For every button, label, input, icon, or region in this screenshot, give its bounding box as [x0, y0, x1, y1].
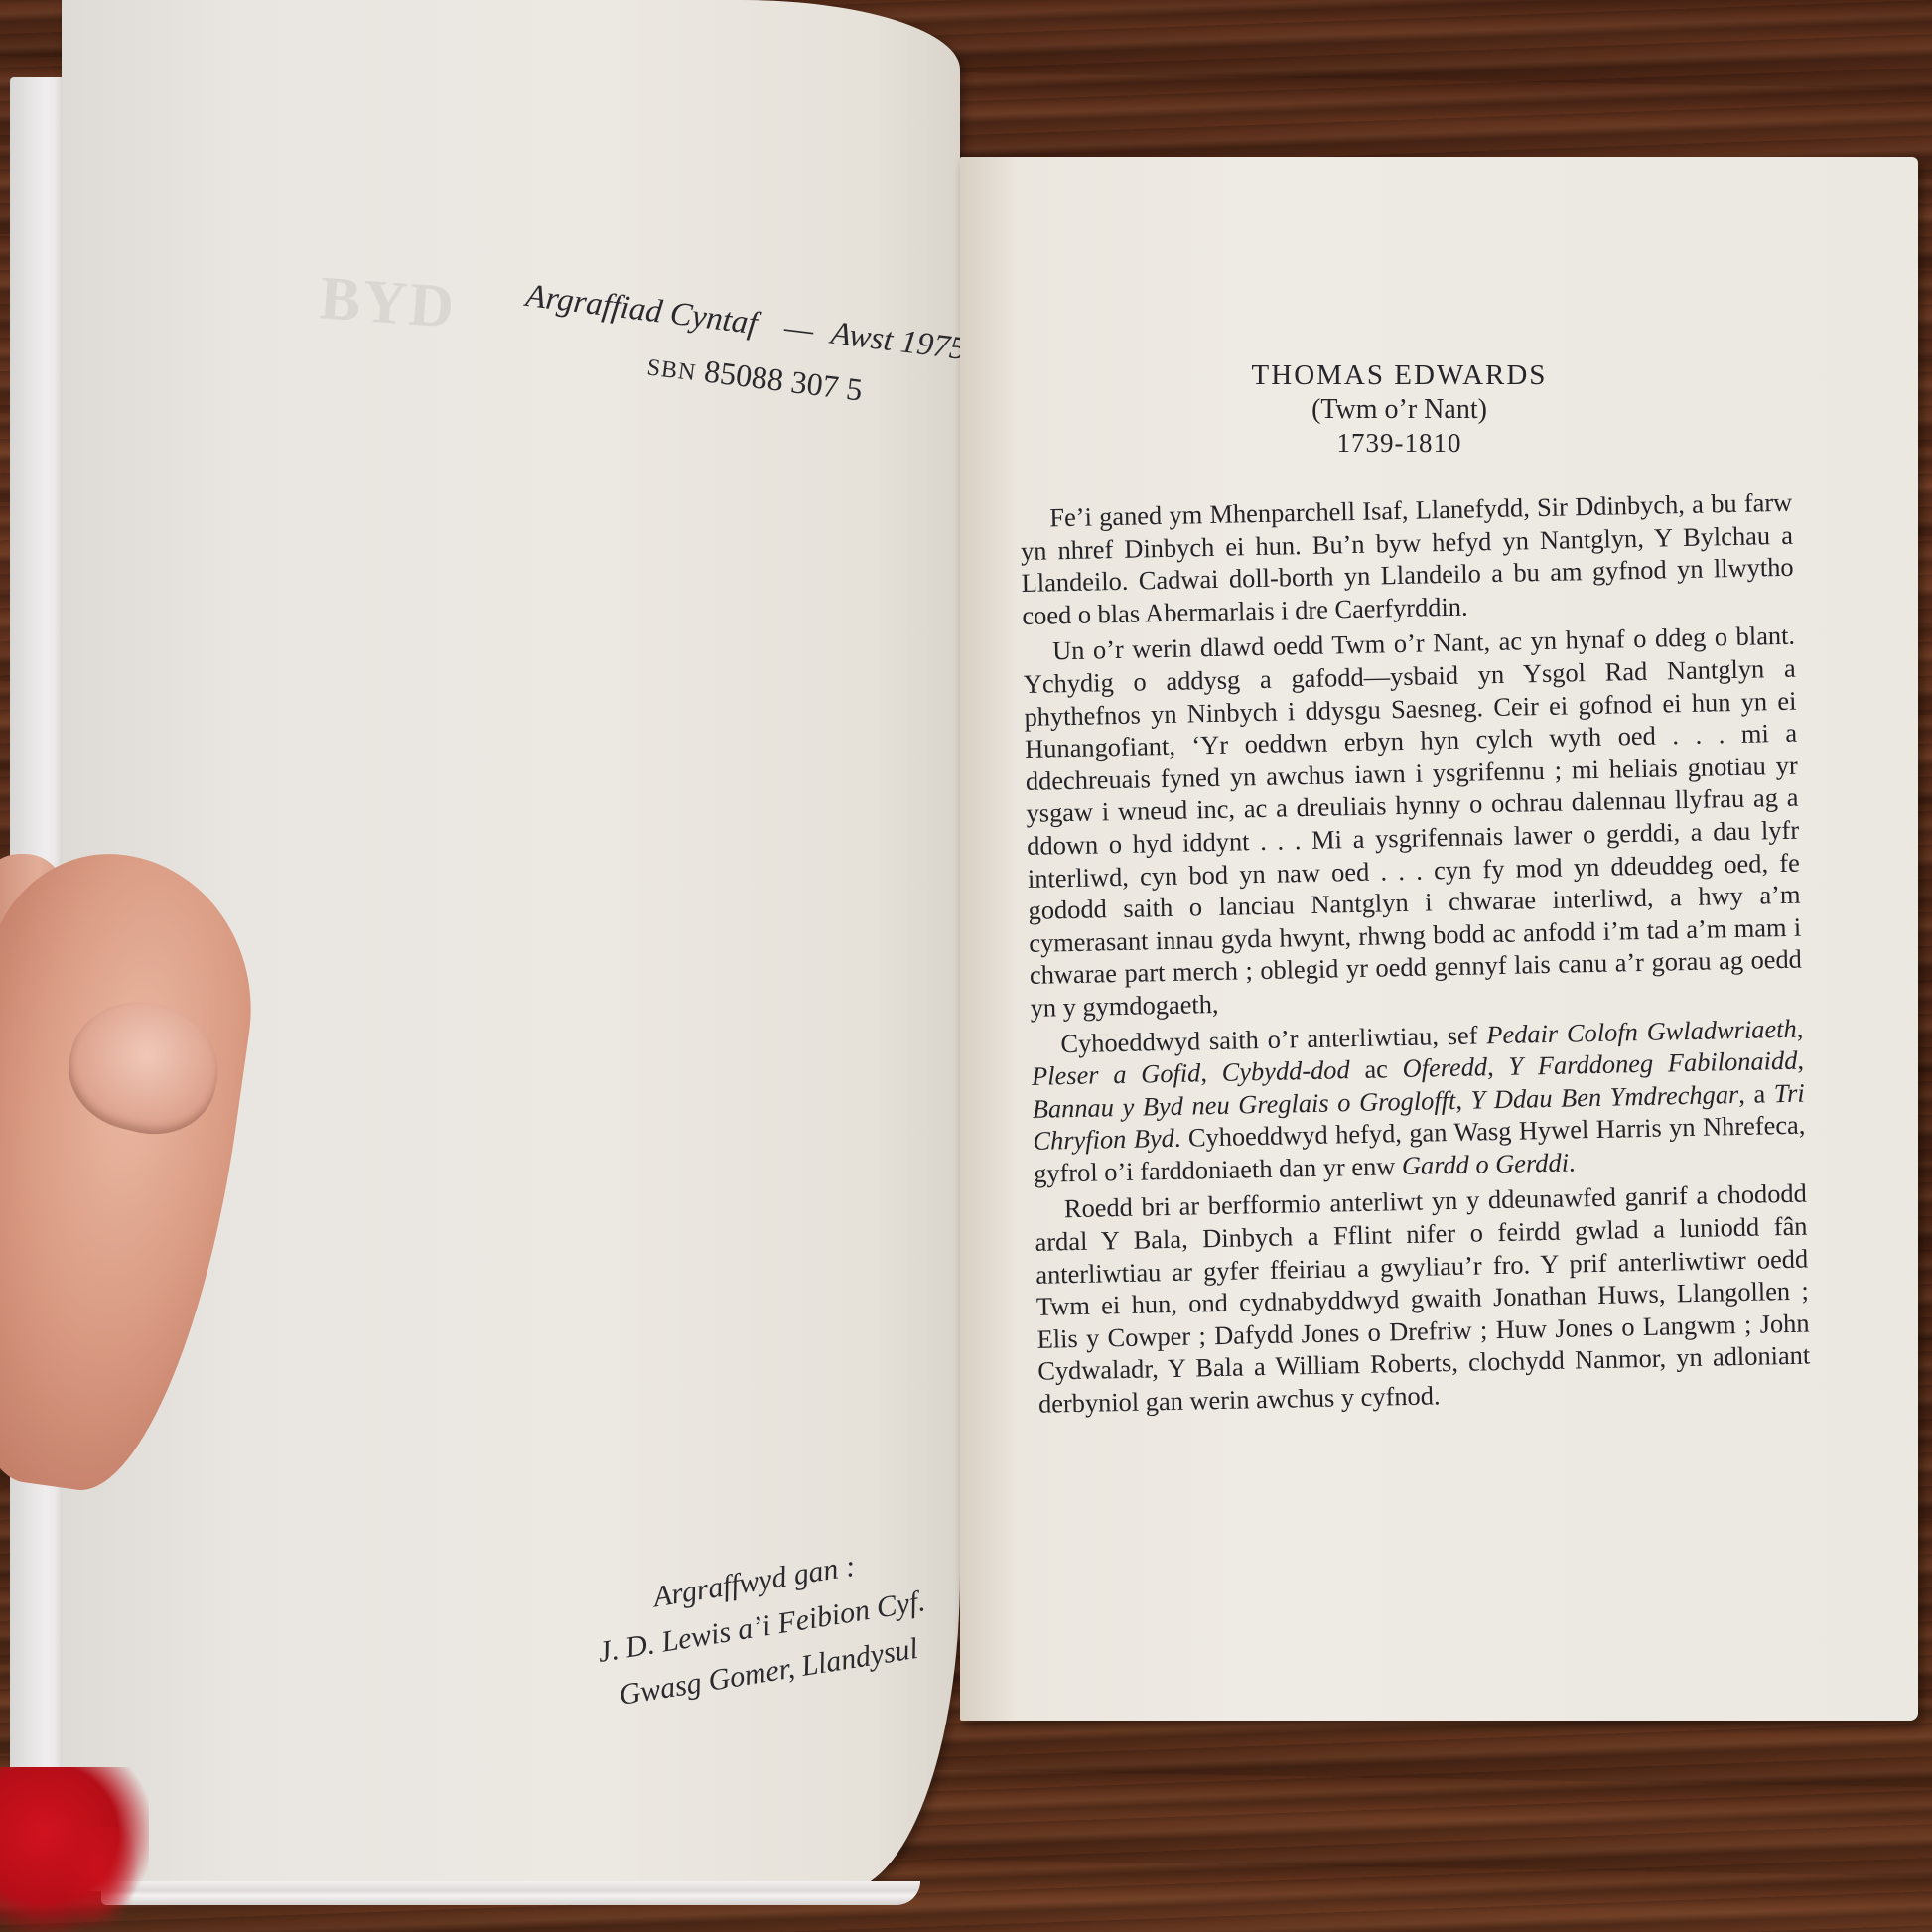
show-through-text-right [1357, 307, 1894, 359]
sbn-label: SBN [645, 354, 697, 386]
biography-body: Fe’i ganed ym Mhenparchell Isaf, Llanefy… [1020, 486, 1811, 1425]
subject-dates: 1739-1810 [960, 428, 1839, 459]
edition-line: Argraffiad Cyntaf—Awst 1975 [523, 278, 981, 370]
paragraph-3: Cyhoeddwyd saith o’r anterliwtiau, sef P… [1031, 1012, 1806, 1189]
sbn-number: 85088 307 5 [702, 352, 864, 407]
right-page: THOMAS EDWARDS (Twm o’r Nant) 1739-1810 … [960, 157, 1918, 1721]
work-title: Cybydd-dod [1221, 1054, 1350, 1087]
collection-title: Gardd o Gerddi [1402, 1147, 1570, 1180]
work-title: Pleser a Gofid [1032, 1057, 1201, 1091]
edition-block: Argraffiad Cyntaf—Awst 1975 SBN85088 307… [517, 278, 982, 422]
paragraph-4: Roedd bri ar berfformio anterliwt yn y d… [1035, 1177, 1812, 1420]
show-through-title: BYD [318, 263, 459, 343]
work-title: Y Ddau Ben Ymdrechgar [1470, 1079, 1738, 1115]
biography-heading: THOMAS EDWARDS (Twm o’r Nant) 1739-1810 [960, 359, 1839, 459]
printer-imprint: Argraffwyd gan : J. D. Lewis a’i Feibion… [565, 1530, 959, 1725]
edition-label: Argraffiad Cyntaf [524, 278, 759, 342]
show-through-text [438, 536, 450, 571]
paragraph-2: Un o’r werin dlawd oedd Twm o’r Nant, ac… [1023, 620, 1803, 1024]
work-title: Pedair Colofn Gwladwriaeth [1486, 1013, 1797, 1049]
page-edges [101, 1881, 920, 1905]
edition-date: Awst 1975 [829, 316, 968, 367]
work-title: Y Farddoneg Fabilonaidd [1508, 1045, 1798, 1081]
work-title: Oferedd [1402, 1051, 1487, 1083]
paragraph-1: Fe’i ganed ym Mhenparchell Isaf, Llanefy… [1020, 486, 1795, 632]
edition-dash: — [782, 310, 816, 348]
subject-alias: (Twm o’r Nant) [960, 394, 1839, 426]
red-ribbon-tail [60, 1827, 139, 1932]
subject-name: THOMAS EDWARDS [960, 359, 1839, 392]
